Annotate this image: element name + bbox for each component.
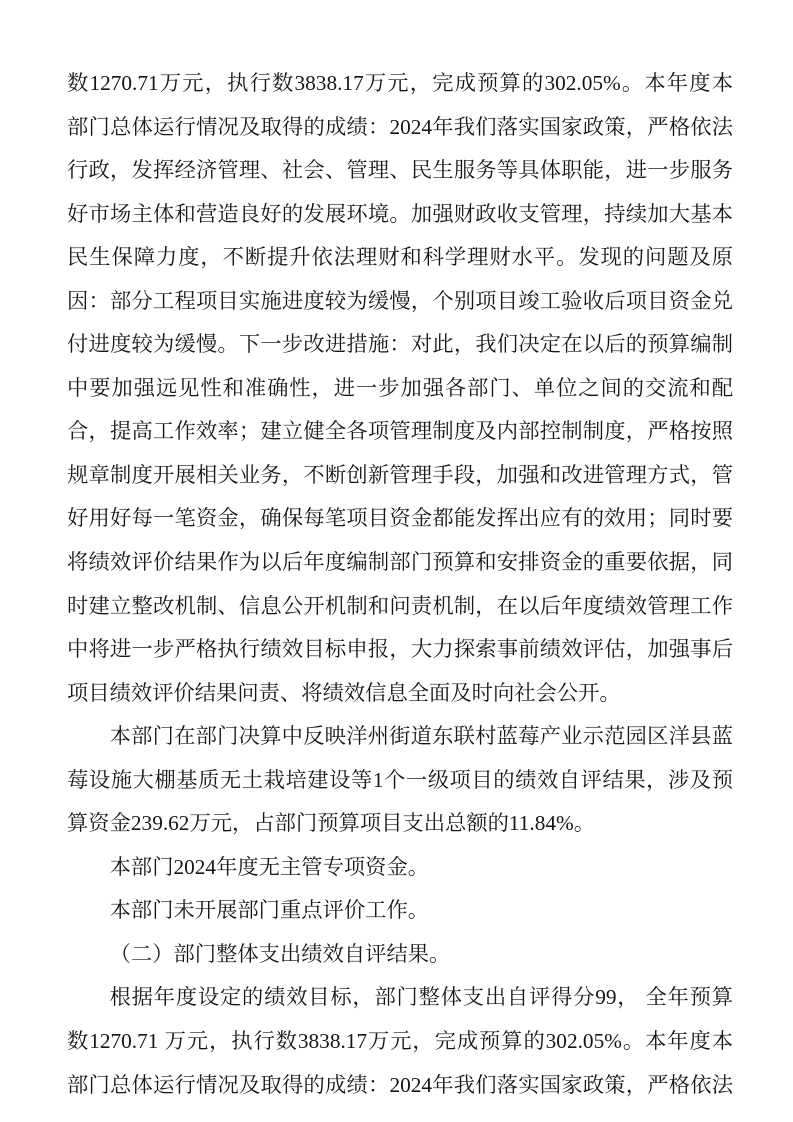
text-line: 数1270.71万元，执行数3838.17万元，完成预算的302.05%。本年度… (67, 62, 733, 106)
text-line: 部门总体运行情况及取得的成绩：2024年我们落实国家政策，严格依法 (67, 106, 733, 150)
text-line paragraph-end: 项目绩效评价结果问责、将绩效信息全面及时向社会公开。 (67, 672, 733, 716)
text-line paragraph: 本部门2024年度无主管专项资金。 (67, 846, 733, 890)
text-line: 中将进一步严格执行绩效目标申报，大力探索事前绩效评估，加强事后 (67, 628, 733, 672)
text-line: 好市场主体和营造良好的发展环境。加强财政收支管理，持续加大基本 (67, 193, 733, 237)
text-line paragraph-start: 本部门在部门决算中反映洋州街道东联村蓝莓产业示范园区洋县蓝 (67, 715, 733, 759)
text-line section-heading: （二）部门整体支出绩效自评结果。 (67, 933, 733, 977)
text-line: 莓设施大棚基质无土栽培建设等1个一级项目的绩效自评结果，涉及预 (67, 759, 733, 803)
document-body: 数1270.71万元，执行数3838.17万元，完成预算的302.05%。本年度… (67, 62, 733, 1107)
text-line paragraph-end: 算资金239.62万元，占部门预算项目支出总额的11.84%。 (67, 802, 733, 846)
text-line: 部门总体运行情况及取得的成绩：2024年我们落实国家政策，严格依法 (67, 1064, 733, 1108)
document-page: 数1270.71万元，执行数3838.17万元，完成预算的302.05%。本年度… (0, 0, 793, 1122)
text-line: 付进度较为缓慢。下一步改进措施：对此，我们决定在以后的预算编制 (67, 323, 733, 367)
text-line: 中要加强远见性和准确性，进一步加强各部门、单位之间的交流和配 (67, 367, 733, 411)
text-line: 规章制度开展相关业务，不断创新管理手段，加强和改进管理方式，管 (67, 454, 733, 498)
text-line: 因：部分工程项目实施进度较为缓慢，个别项目竣工验收后项目资金兑 (67, 280, 733, 324)
text-line: 时建立整改机制、信息公开机制和问责机制，在以后年度绩效管理工作 (67, 585, 733, 629)
text-line: 民生保障力度，不断提升依法理财和科学理财水平。发现的问题及原 (67, 236, 733, 280)
text-line: 合，提高工作效率；建立健全各项管理制度及内部控制制度，严格按照 (67, 410, 733, 454)
text-line paragraph-start: 根据年度设定的绩效目标，部门整体支出自评得分99， 全年预算 (67, 976, 733, 1020)
text-line: 好用好每一笔资金，确保每笔项目资金都能发挥出应有的效用；同时要 (67, 497, 733, 541)
text-line: 数1270.71 万元，执行数3838.17万元，完成预算的302.05%。本年… (67, 1020, 733, 1064)
text-line: 行政，发挥经济管理、社会、管理、民生服务等具体职能，进一步服务 (67, 149, 733, 193)
text-line paragraph: 本部门未开展部门重点评价工作。 (67, 889, 733, 933)
text-line: 将绩效评价结果作为以后年度编制部门预算和安排资金的重要依据，同 (67, 541, 733, 585)
